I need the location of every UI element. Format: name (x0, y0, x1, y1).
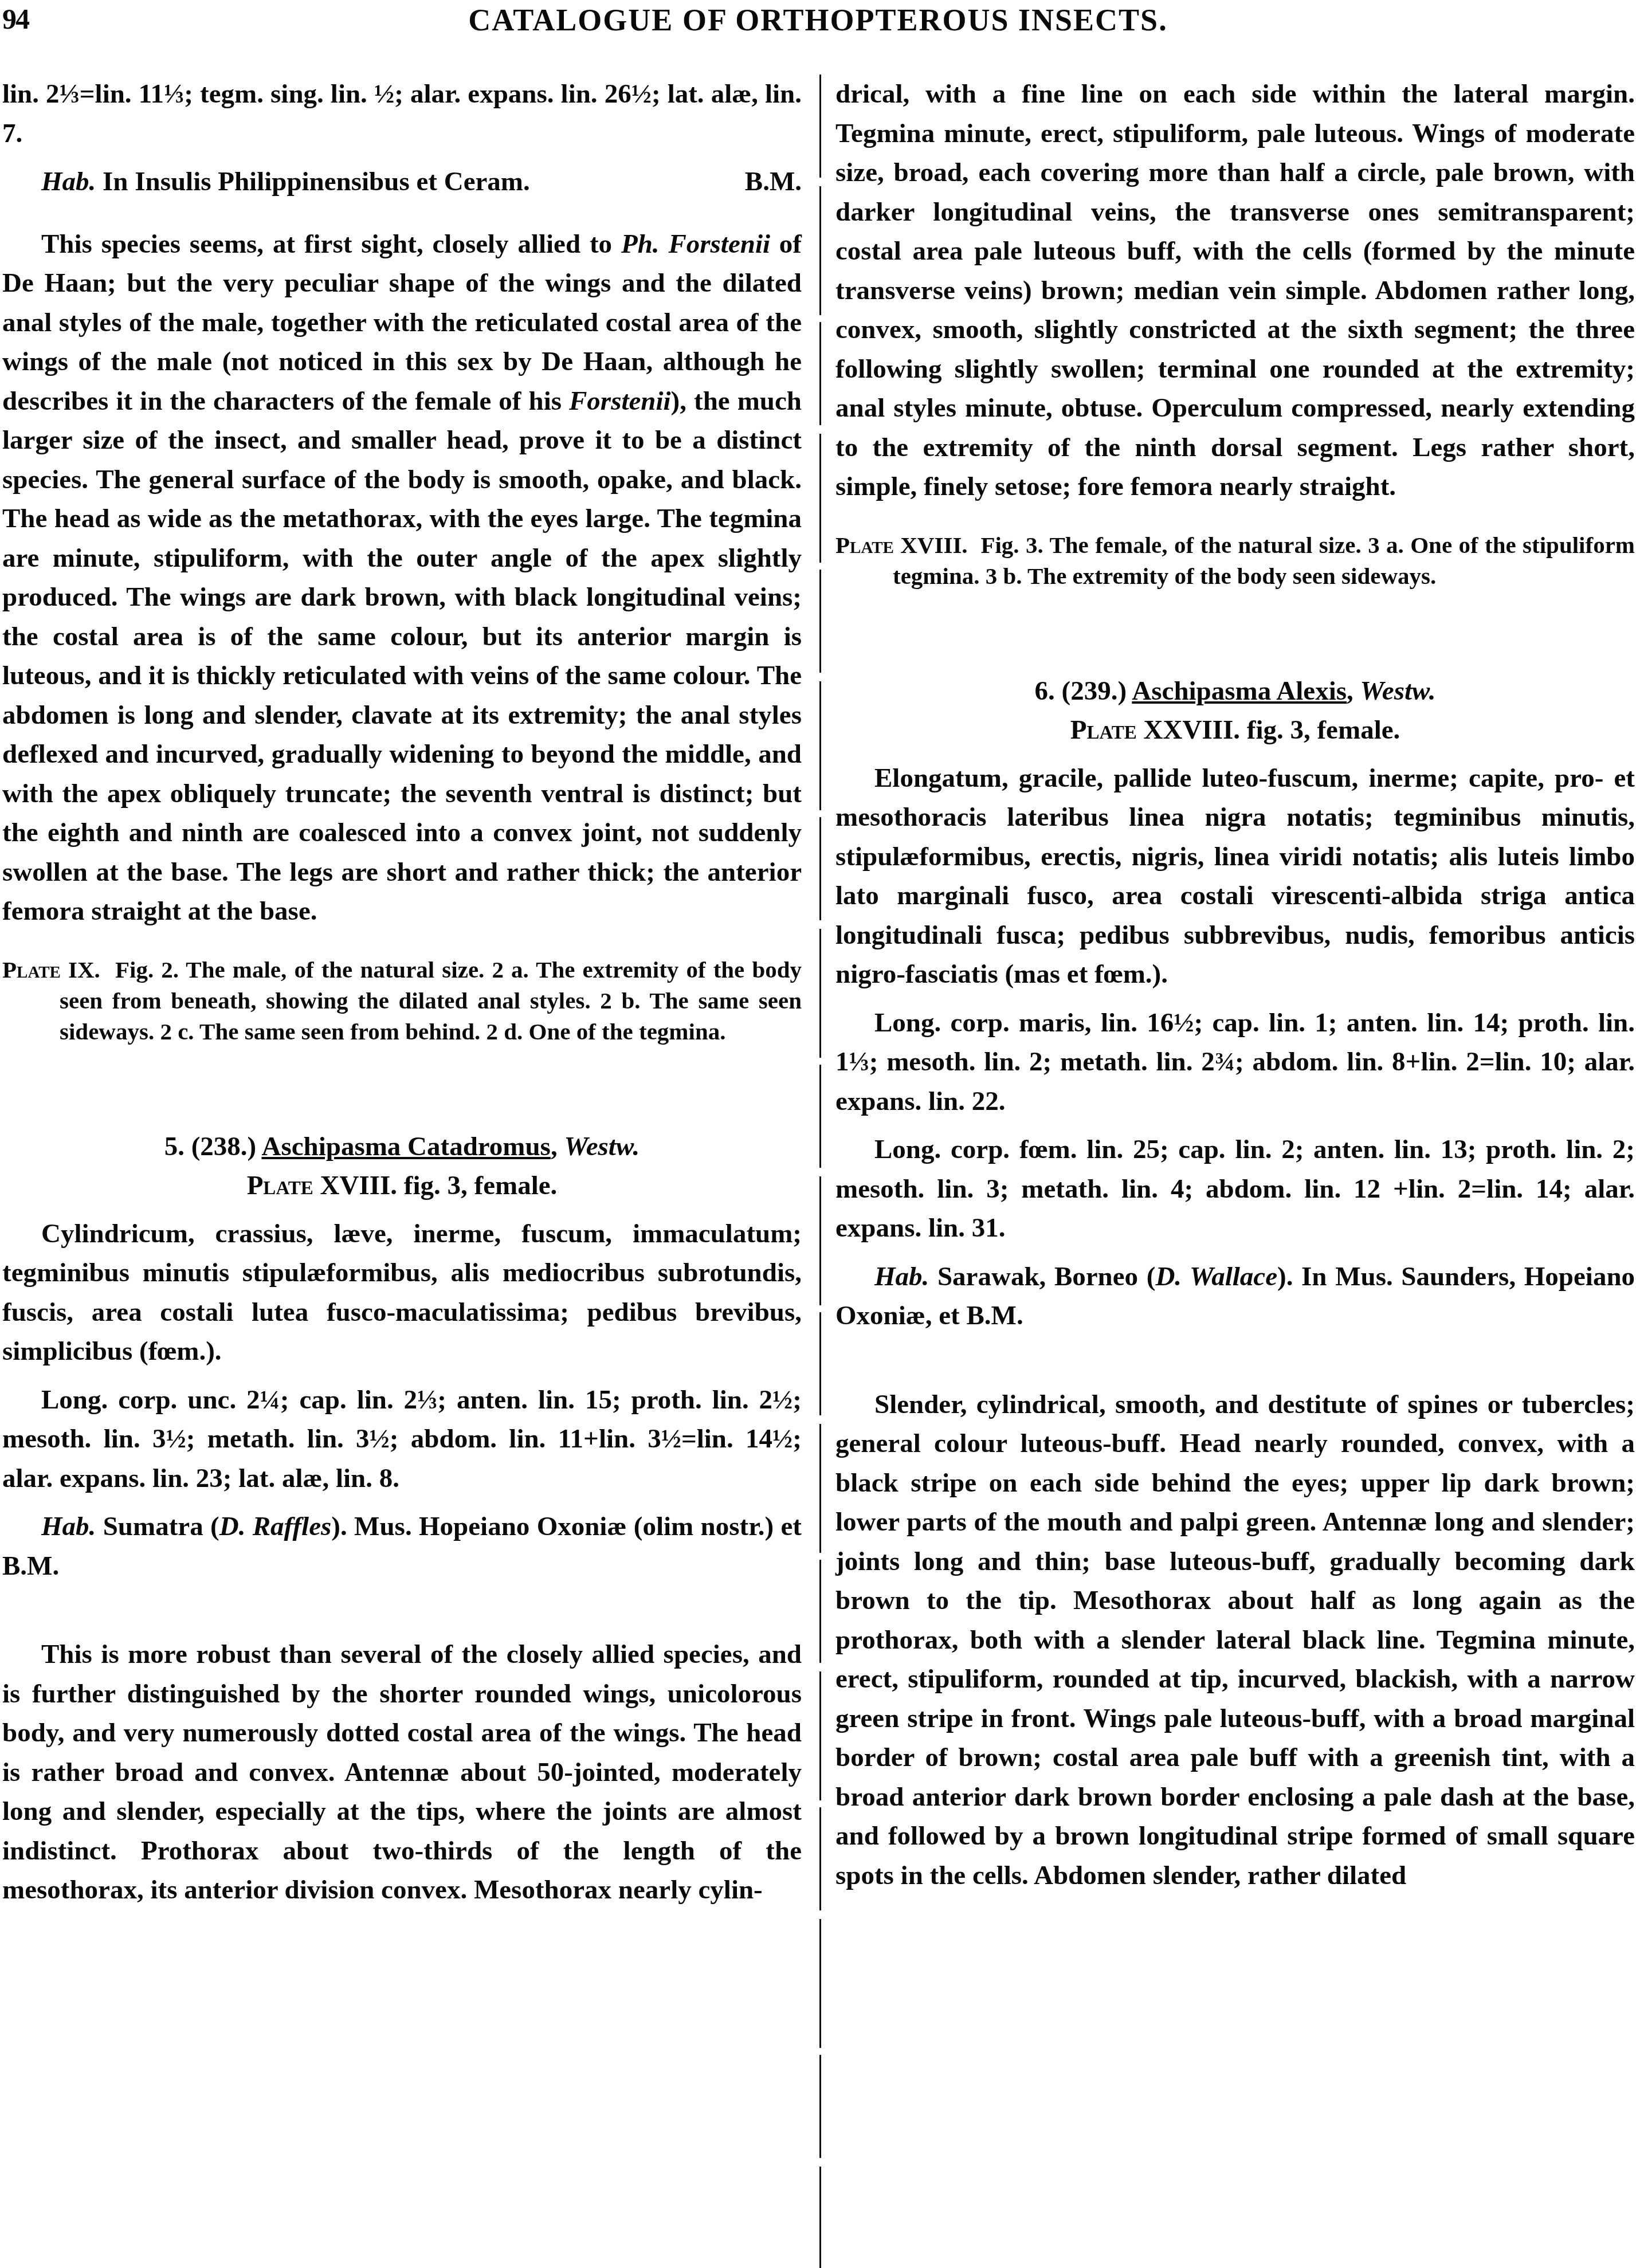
plate-caption: Plate IX. Fig. 2. The male, of the natur… (2, 954, 802, 1047)
species-heading: 6. (239.) Aschipasma Alexis, Westw. Plat… (835, 672, 1635, 750)
species-reference: Ph. Forstenii (621, 229, 770, 259)
text-run: Sarawak, Borneo ( (937, 1262, 1155, 1292)
measurements-male: Long. corp. maris, lin. 16½; cap. lin. 1… (835, 1003, 1635, 1121)
discussion-paragraph: Slender, cylindrical, smooth, and destit… (835, 1385, 1635, 1896)
plate-reference: XXVIII. fig. 3, female. (1144, 715, 1400, 745)
column-divider (819, 74, 821, 2268)
plate-label: Plate (1070, 715, 1137, 745)
plate-caption: Plate XVIII. Fig. 3. The female, of the … (835, 529, 1635, 591)
species-heading: 5. (238.) Aschipasma Catadromus, Westw. … (2, 1127, 802, 1205)
species-number: 6. (239.) (1035, 676, 1127, 706)
species-name: Aschipasma Alexis (1132, 676, 1347, 706)
collector-name: D. Raffles (219, 1512, 332, 1541)
habitat-label: Hab. (41, 1512, 96, 1541)
plate-caption-text: Fig. 2. The male, of the natural size. 2… (60, 956, 802, 1045)
right-column: drical, with a fine line on each side wi… (835, 74, 1635, 1895)
measurements-female: Long. corp. fœm. lin. 25; cap. lin. 2; a… (835, 1130, 1635, 1248)
collection-abbrev: B.M. (745, 162, 802, 202)
plate-label: Plate IX. (2, 956, 100, 983)
text-run: ), the much larger size of the insect, a… (2, 386, 802, 927)
discussion-paragraph: This species seems, at first sight, clos… (2, 225, 802, 931)
description-continuation: drical, with a fine line on each side wi… (835, 74, 1635, 507)
habitat-label: Hab. (874, 1262, 929, 1292)
latin-description: Elongatum, gracile, pallide luteo-fuscum… (835, 759, 1635, 994)
running-head: 94 CATALOGUE OF ORTHOPTEROUS INSECTS. (0, 0, 1636, 52)
habitat-paragraph: Hab. Sarawak, Borneo (D. Wallace). In Mu… (835, 1257, 1635, 1336)
collector-name: D. Wallace (1155, 1262, 1277, 1292)
species-number: 5. (238.) (164, 1132, 257, 1162)
plate-reference: XVIII. fig. 3, female. (320, 1171, 558, 1200)
habitat-line: Hab. In Insulis Philippinensibus et Cera… (2, 162, 802, 202)
text-run: This species seems, at first sight, clos… (41, 229, 621, 259)
text-run: Sumatra ( (103, 1512, 219, 1541)
species-author: Westw. (1360, 676, 1436, 706)
plate-label: Plate XVIII. (835, 532, 968, 558)
species-name: Aschipasma Catadromus (261, 1132, 550, 1162)
plate-caption-text: Fig. 3. The female, of the natural size.… (893, 532, 1635, 589)
latin-description: Cylindricum, crassius, læve, inerme, fus… (2, 1214, 802, 1371)
species-reference: Forstenii (569, 386, 671, 416)
running-title: CATALOGUE OF ORTHOPTEROUS INSECTS. (0, 2, 1636, 38)
measurements-continuation: lin. 2⅓=lin. 11⅓; tegm. sing. lin. ½; al… (2, 74, 802, 153)
left-column: lin. 2⅓=lin. 11⅓; tegm. sing. lin. ½; al… (2, 74, 802, 1910)
plate-label: Plate (247, 1171, 313, 1200)
measurements: Long. corp. unc. 2¼; cap. lin. 2⅓; anten… (2, 1380, 802, 1498)
discussion-paragraph: This is more robust than several of the … (2, 1635, 802, 1910)
species-author: Westw. (564, 1132, 640, 1162)
habitat-label: Hab. (41, 167, 96, 197)
habitat-paragraph: Hab. Sumatra (D. Raffles). Mus. Hopeiano… (2, 1507, 802, 1586)
habitat-text: In Insulis Philippinensibus et Ceram. (103, 167, 530, 197)
